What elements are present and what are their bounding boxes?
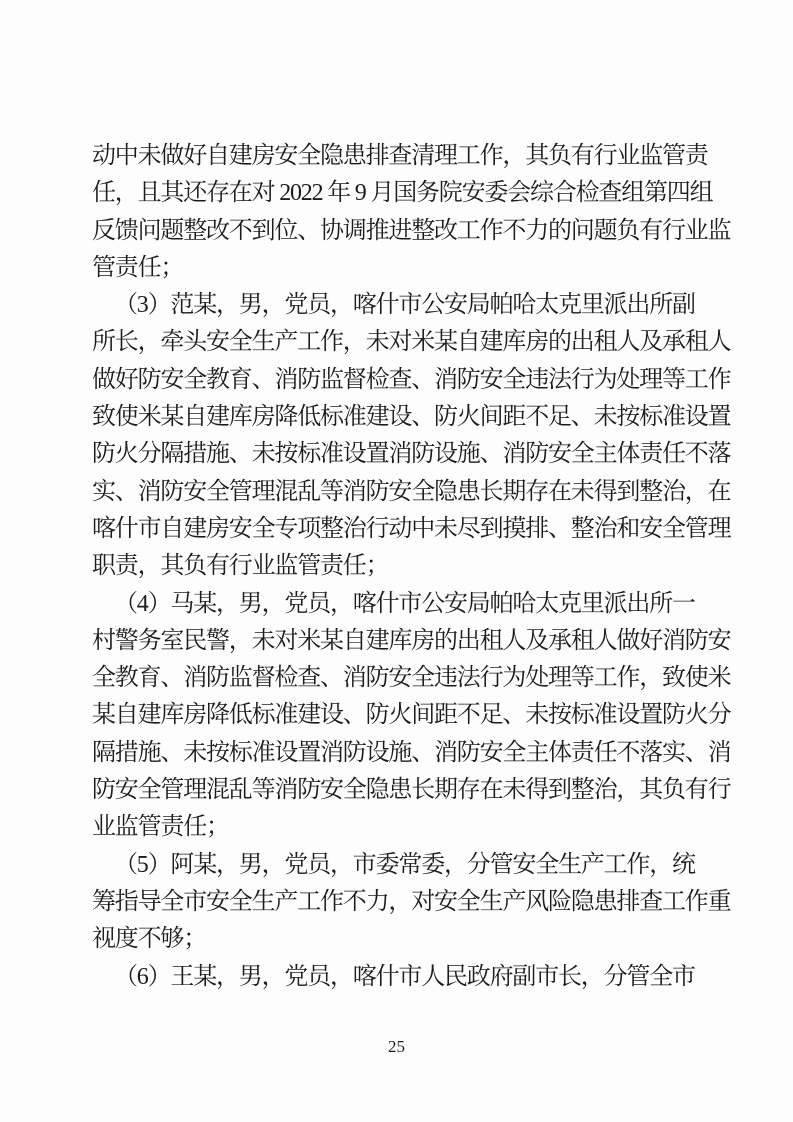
text-line: 实、消防安全管理混乱等消防安全隐患长期存在未得到整治，在	[92, 474, 710, 511]
text-line: 防安全管理混乱等消防安全隐患长期存在未得到整治，其负有行	[92, 772, 710, 809]
text-line: 所长，牵头安全生产工作，未对米某自建库房的出租人及承租人	[92, 324, 710, 361]
document-page: 动中未做好自建房安全隐患排查清理工作，其负有行业监管责 任，且其还存在对 202…	[0, 0, 793, 1122]
text-line: 防火分隔措施、未按标准设置消防设施、消防安全主体责任不落	[92, 436, 710, 473]
text-line-paragraph-start: （4）马某，男，党员，喀什市公安局帕哈太克里派出所一	[92, 586, 710, 623]
text-line: 全教育、消防监督检查、消防安全违法行为处理等工作，致使米	[92, 660, 710, 697]
text-line: 业监管责任；	[92, 809, 710, 846]
text-line: 隔措施、未按标准设置消防设施、消防安全主体责任不落实、消	[92, 735, 710, 772]
text-line: 反馈问题整改不到位、协调推进整改工作不力的问题负有行业监	[92, 213, 710, 250]
text-line: 某自建库房降低标准建设、防火间距不足、未按标准设置防火分	[92, 697, 710, 734]
text-line: 筹指导全市安全生产工作不力，对安全生产风险隐患排查工作重	[92, 884, 710, 921]
text-line: 动中未做好自建房安全隐患排查清理工作，其负有行业监管责	[92, 138, 710, 175]
text-line: 做好防安全教育、消防监督检查、消防安全违法行为处理等工作	[92, 362, 710, 399]
text-line: 村警务室民警，未对米某自建库房的出租人及承租人做好消防安	[92, 623, 710, 660]
text-line-paragraph-start: （3）范某，男，党员，喀什市公安局帕哈太克里派出所副	[92, 287, 710, 324]
text-line: 视度不够；	[92, 921, 710, 958]
text-line: 任，且其还存在对 2022 年 9 月国务院安委会综合检查组第四组	[92, 175, 710, 212]
text-line: 职责，其负有行业监管责任；	[92, 548, 710, 585]
text-line: 管责任；	[92, 250, 710, 287]
text-line-paragraph-start: （5）阿某，男，党员，市委常委，分管安全生产工作，统	[92, 847, 710, 884]
page-number: 25	[0, 1037, 793, 1057]
text-line: 喀什市自建房安全专项整治行动中未尽到摸排、整治和安全管理	[92, 511, 710, 548]
text-line: 致使米某自建库房降低标准建设、防火间距不足、未按标准设置	[92, 399, 710, 436]
text-line-paragraph-start: （6）王某，男，党员，喀什市人民政府副市长，分管全市	[92, 959, 710, 996]
document-body: 动中未做好自建房安全隐患排查清理工作，其负有行业监管责 任，且其还存在对 202…	[92, 138, 710, 996]
